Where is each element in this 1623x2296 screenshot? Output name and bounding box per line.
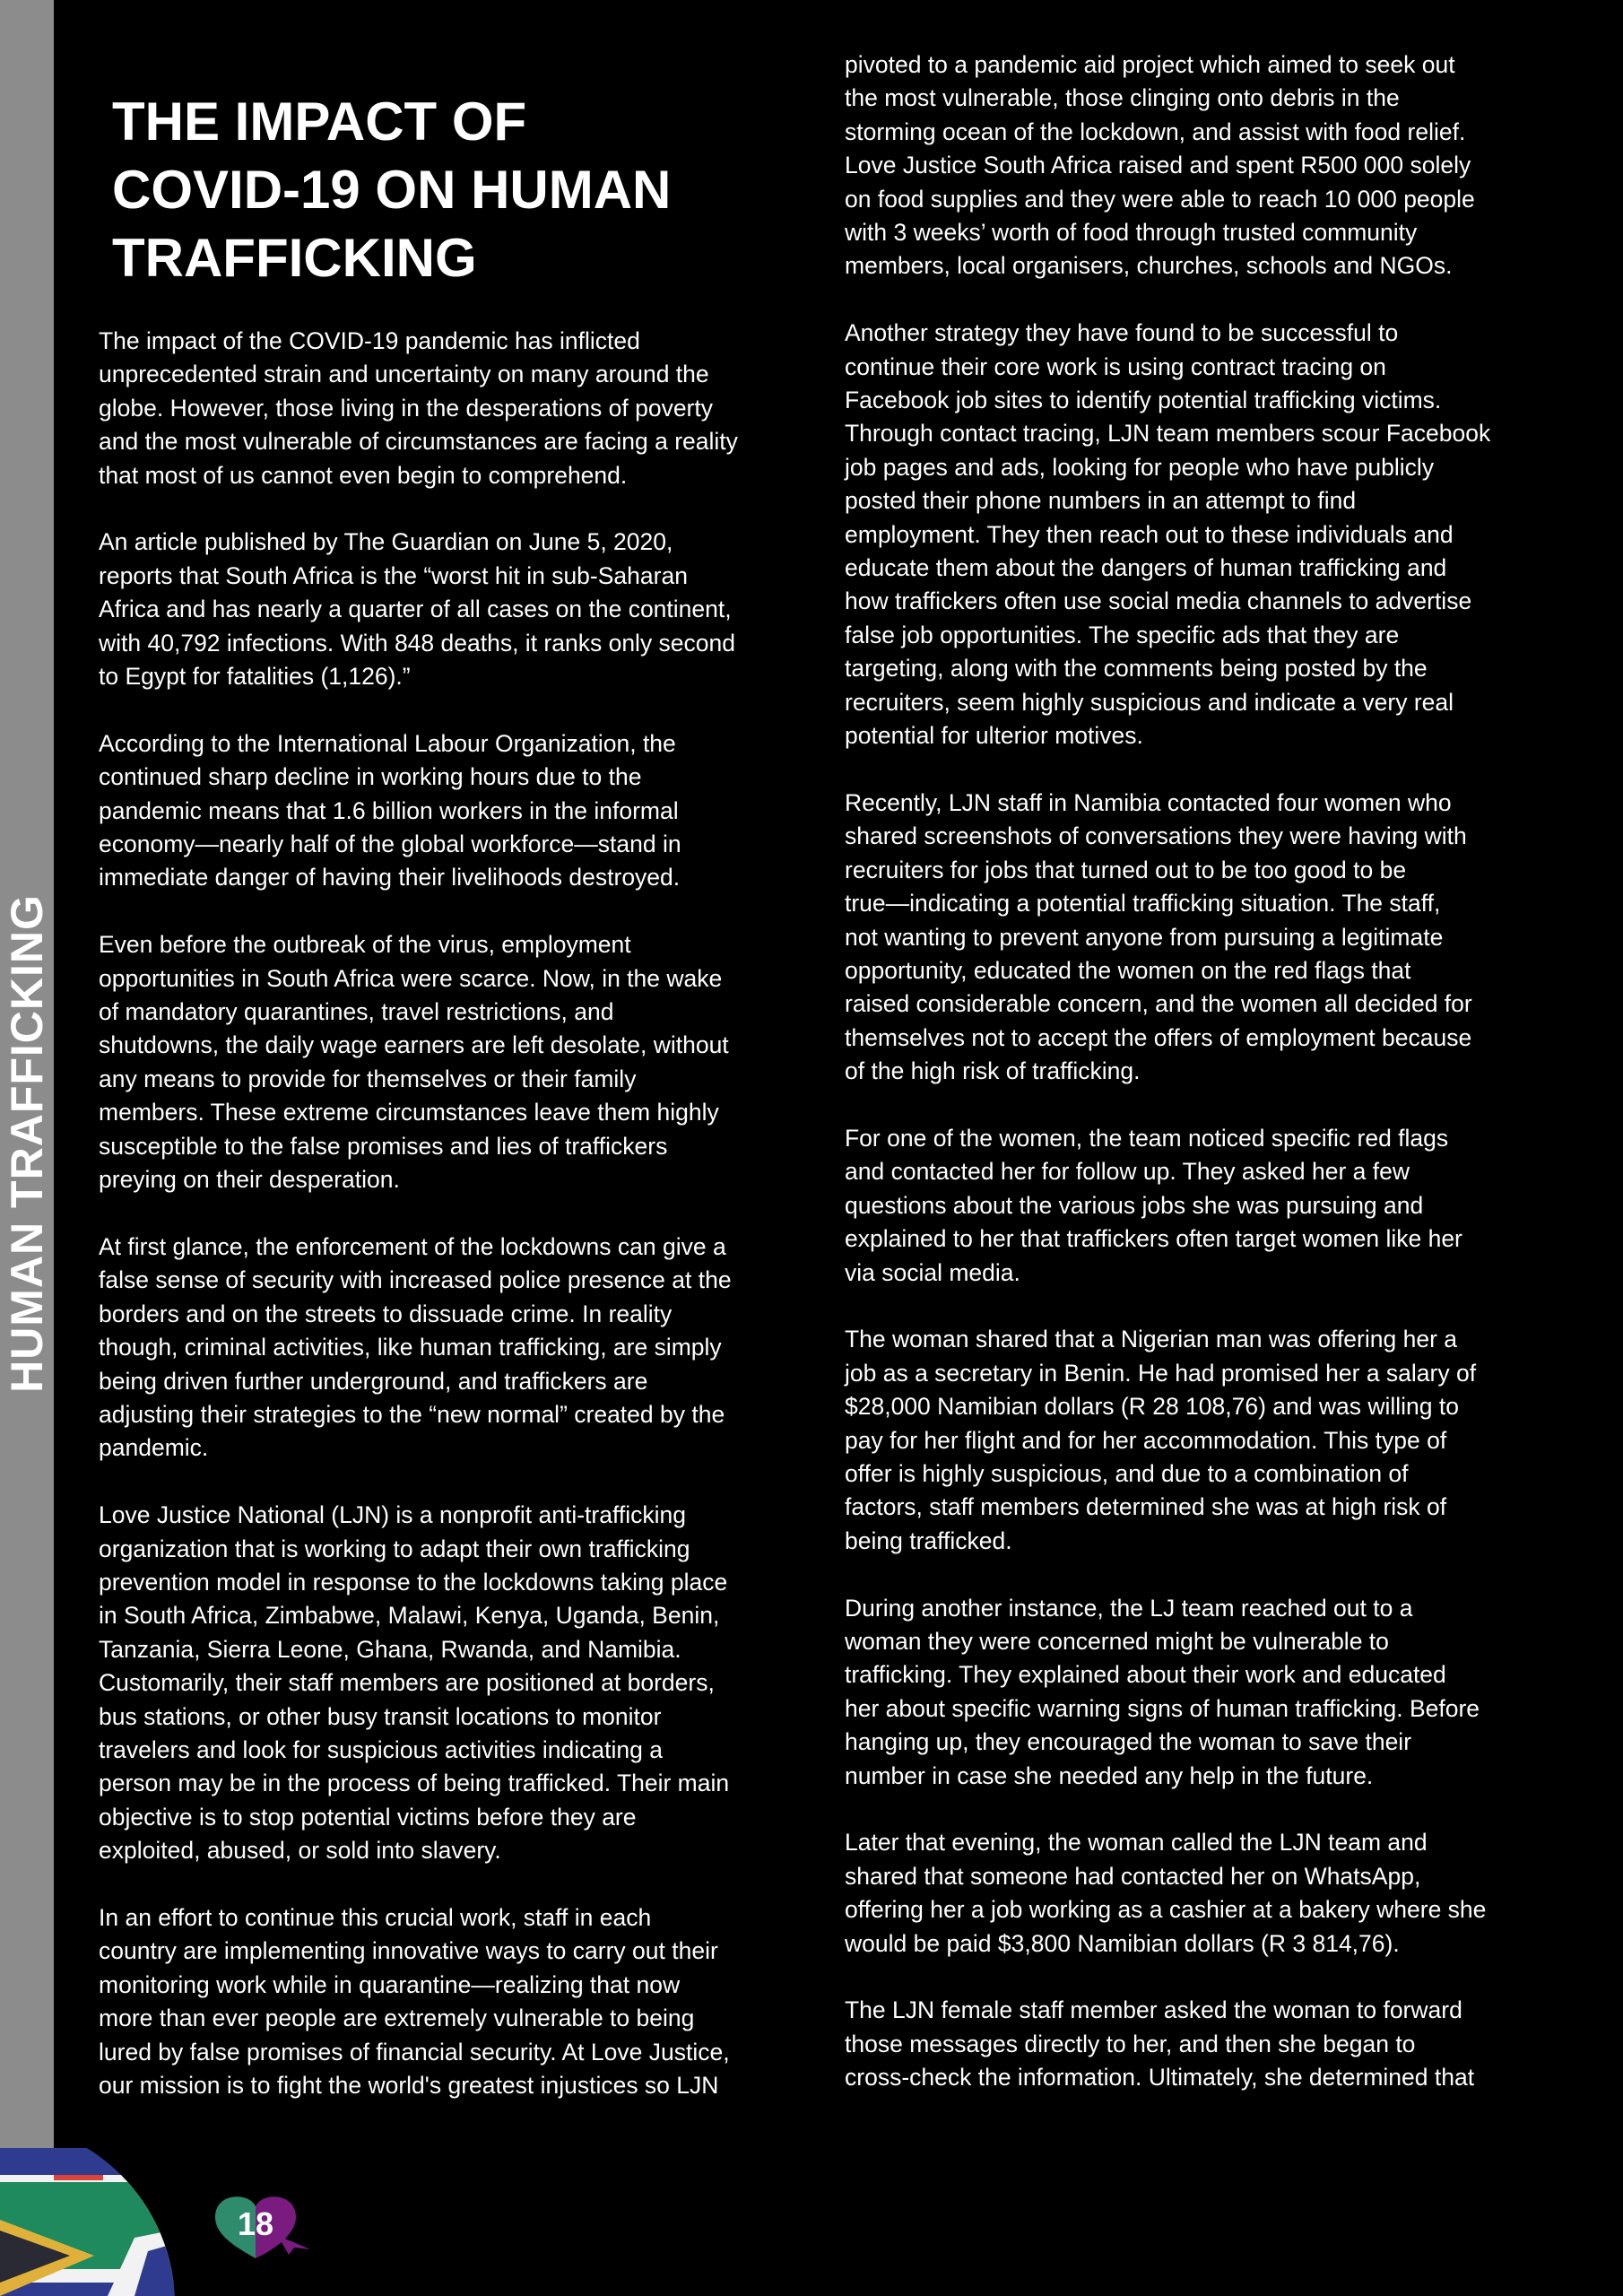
paragraph: Recently, LJN staff in Namibia contacted…: [845, 787, 1562, 1089]
article-right-column: pivoted to a pandemic aid project which …: [845, 48, 1562, 2128]
paragraph: During another instance, the LJ team rea…: [845, 1592, 1562, 1793]
paragraph: In an effort to continue this crucial wo…: [99, 1901, 816, 2102]
page-badge: 18: [213, 2190, 317, 2262]
paragraph: An article published by The Guardian on …: [99, 526, 816, 693]
paragraph: Love Justice National (LJN) is a nonprof…: [99, 1499, 816, 1867]
paragraph: At first glance, the enforcement of the …: [99, 1231, 816, 1465]
south-africa-flag-icon: [0, 2148, 179, 2296]
paragraph: Later that evening, the woman called the…: [845, 1826, 1562, 1961]
paragraph: According to the International Labour Or…: [99, 727, 816, 895]
paragraph: The impact of the COVID-19 pandemic has …: [99, 325, 816, 492]
paragraph: Another strategy they have found to be s…: [845, 317, 1562, 752]
page-number: 18: [213, 2206, 298, 2242]
paragraph: The LJN female staff member asked the wo…: [845, 1994, 1562, 2094]
title-line-3: TRAFFICKING: [112, 224, 758, 292]
paragraph: pivoted to a pandemic aid project which …: [845, 48, 1562, 283]
section-label: HUMAN TRAFFICKING: [1, 894, 53, 1393]
article-left-column: The impact of the COVID-19 pandemic has …: [99, 325, 816, 2136]
paragraph: Even before the outbreak of the virus, e…: [99, 928, 816, 1196]
paragraph: For one of the women, the team noticed s…: [845, 1122, 1562, 1290]
title-line-1: THE IMPACT OF: [112, 88, 758, 156]
page-title: THE IMPACT OF COVID-19 ON HUMAN TRAFFICK…: [112, 88, 758, 292]
paragraph: The woman shared that a Nigerian man was…: [845, 1323, 1562, 1558]
title-line-2: COVID-19 ON HUMAN: [112, 156, 758, 224]
section-sidebar: HUMAN TRAFFICKING: [0, 0, 54, 2161]
